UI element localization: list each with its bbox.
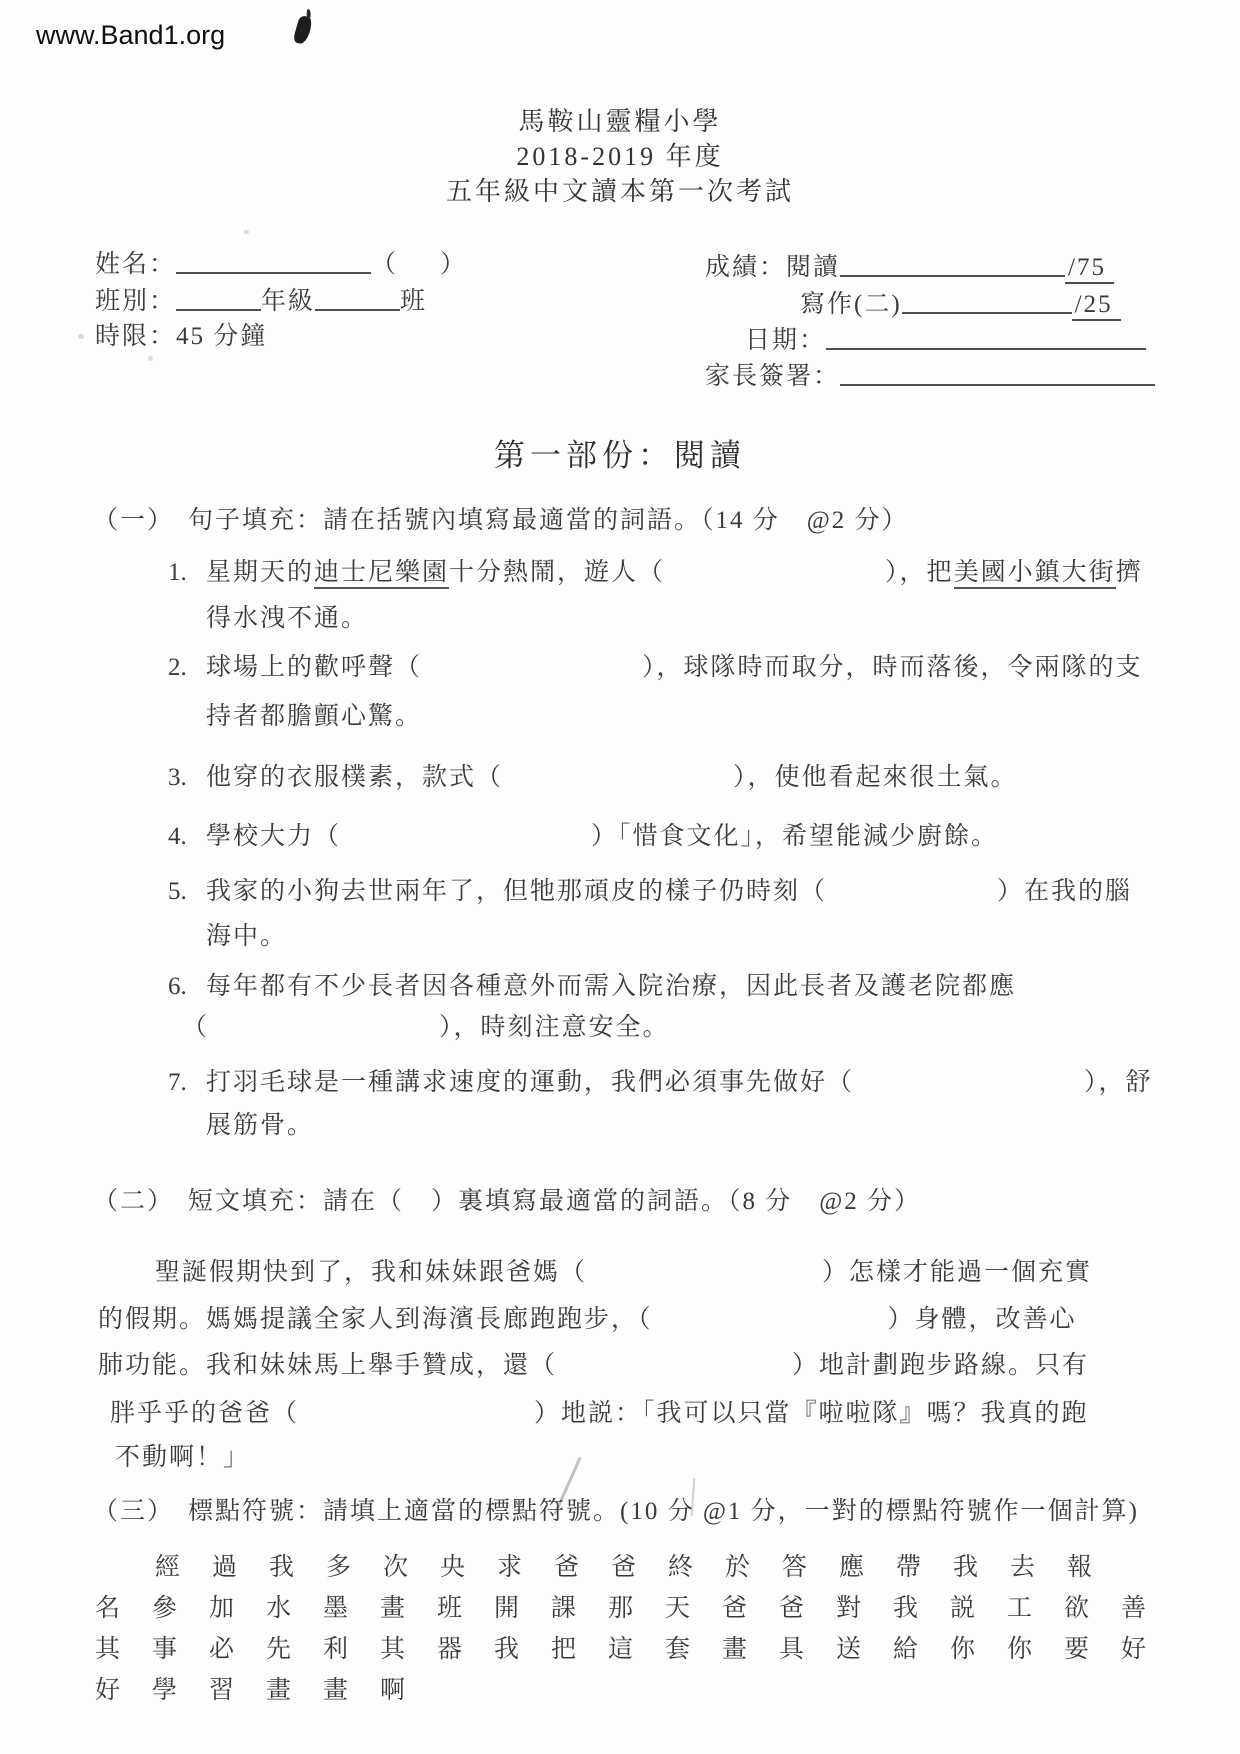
question-3-line-1: 3.他穿的衣服樸素，款式（），使他看起來很土氣。 [168,762,1018,793]
writing-total: /25 [1072,291,1121,321]
question-text: 他穿的衣服樸素，款式（ [206,764,503,791]
grade-label: 年級 [261,288,315,315]
question-text: 球場上的歡呼聲（ [206,654,422,681]
question-number: 7. [168,1067,206,1098]
question-2-line-2: 持者都膽顫心驚。 [206,701,422,732]
question-text: ），舒 [1084,1069,1153,1096]
part1-title: 第一部份：閱讀 [35,437,1205,476]
reading-score-blank [840,251,1065,277]
section2-instructions: 短文填充：請在（ ）裏填寫最適當的詞語。（8 分 @2 分） [188,1188,921,1215]
passage-text: 的假期。媽媽提議全家人到海濱長廊跑跑步，（ [98,1306,653,1333]
name-label: 姓名： [95,251,176,278]
punctuation-line-1: 經過我多次央求爸爸終於答應帶我去報 [155,1552,1124,1583]
proper-noun-underlined: 美國小鎮大街 [954,559,1116,589]
parent-sign-field: 家長簽署： [705,360,1155,392]
exam-title: 五年級中文讀本第一次考試 [35,176,1205,209]
scan-speck [148,356,153,361]
section3-label: （三） [93,1496,174,1527]
question-number: 1. [168,557,206,588]
question-2-line-1: 2.球場上的歡呼聲（），球隊時而取分，時而落後，令兩隊的支 [168,652,1143,683]
question-number: 5. [168,876,206,907]
time-limit: 時限：45 分鐘 [95,321,267,352]
question-7-line-1: 7.打羽毛球是一種講求速度的運動，我們必須事先做好（），舒 [168,1067,1153,1098]
question-1-line-2: 得水洩不通。 [206,603,368,634]
writing-score-blank [902,288,1072,314]
question-text: 打羽毛球是一種講求速度的運動，我們必須事先做好（ [206,1069,854,1096]
question-text: 我家的小狗去世兩年了，但牠那頑皮的樣子仍時刻（ [206,878,827,905]
exam-year: 2018-2019 年度 [35,141,1205,174]
section1-label: （一） [93,505,174,536]
question-7-line-2: 展筋骨。 [206,1110,314,1141]
section2-label: （二） [93,1186,174,1217]
section2-heading: （二）短文填充：請在（ ）裏填寫最適當的詞語。（8 分 @2 分） [93,1186,921,1217]
question-text: ），把 [885,559,954,586]
class-field: 班別：年級班 [95,285,427,317]
class-suffix: 班 [400,288,427,315]
date-blank [826,324,1146,350]
question-text: 星期天的 [206,559,314,586]
class-label: 班別： [95,288,176,315]
paren-close: ） [440,251,467,278]
section1-instructions: 句子填充：請在括號內填寫最適當的詞語。（14 分 @2 分） [188,507,909,534]
question-text: ），時刻注意安全。 [439,1014,670,1041]
question-6-line-2: （），時刻注意安全。 [182,1012,670,1043]
scan-speck [78,334,84,339]
punctuation-line-3: 其事必先利其器我把這套畫具送給你你要好 [95,1634,1178,1665]
question-text: 十分熱鬧，遊人（ [449,559,665,586]
date-field: 日期： [745,324,1146,356]
passage-line-2: 的假期。媽媽提議全家人到海濱長廊跑跑步，（）身體，改善心 [98,1304,1077,1335]
passage-line-5: 不動啊！」 [115,1442,250,1473]
score-reading-field: 成績：閱讀/75 [705,251,1114,283]
proper-noun-underlined: 迪士尼樂園 [314,559,449,589]
question-text: 擠 [1116,559,1143,586]
ink-blot [292,15,313,46]
question-text: ），使他看起來很土氣。 [733,764,1018,791]
question-number: 4. [168,821,206,852]
question-text: 學校大力（ [206,823,341,850]
question-5-line-1: 5.我家的小狗去世兩年了，但牠那頑皮的樣子仍時刻（）在我的腦 [168,876,1132,907]
passage-text: 胖乎乎的爸爸（ [110,1400,299,1427]
paren-open: （ [371,251,398,278]
question-5-line-2: 海中。 [206,921,287,952]
question-1-line-1: 1.星期天的迪士尼樂園十分熱鬧，遊人（），把美國小鎮大街擠 [168,557,1143,588]
section3-heading: （三）標點符號：請填上適當的標點符號。(10 分 @1 分，一對的標點符號作一個… [93,1496,1139,1527]
question-text: （ [182,1014,209,1041]
sign-blank [840,360,1155,386]
name-blank [176,248,371,274]
question-4-line-1: 4.學校大力（）「惜食文化」，希望能減少廚餘。 [168,821,998,852]
passage-line-4: 胖乎乎的爸爸（）地説：「我可以只當『啦啦隊』嗎？我真的跑 [110,1398,1089,1429]
passage-line-3: 肺功能。我和妹妹馬上舉手贊成，還（）地計劃跑步路線。只有 [98,1350,1089,1381]
writing-label: 寫作(二) [800,291,902,318]
passage-text: ）怎樣才能過一個充實 [822,1259,1092,1286]
school-name: 馬鞍山靈糧小學 [35,106,1205,139]
question-text: ）「惜食文化」，希望能減少廚餘。 [591,823,998,850]
score-writing-field: 寫作(二)/25 [800,288,1121,320]
score-label: 成績：閱讀 [705,254,840,281]
question-text: 每年都有不少長者因各種意外而需入院治療，因此長者及護老院都應 [206,973,1016,1000]
sign-label: 家長簽署： [705,363,840,390]
punctuation-line-2: 名參加水墨畫班開課那天爸爸對我説工欲善 [95,1593,1178,1624]
grade-blank [176,285,261,311]
question-text: ）在我的腦 [997,878,1132,905]
question-6-line-1: 6.每年都有不少長者因各種意外而需入院治療，因此長者及護老院都應 [168,971,1016,1002]
passage-text: ）地説：「我可以只當『啦啦隊』嗎？我真的跑 [534,1400,1089,1427]
exam-paper-page: www.Band1.org 馬鞍山靈糧小學 2018-2019 年度 五年級中文… [0,0,1240,1754]
passage-line-1: 聖誕假期快到了，我和妹妹跟爸媽（）怎樣才能過一個充實 [155,1257,1092,1288]
question-number: 3. [168,762,206,793]
question-number: 6. [168,971,206,1002]
passage-text: ）身體，改善心 [888,1306,1077,1333]
passage-text: 肺功能。我和妹妹馬上舉手贊成，還（ [98,1352,557,1379]
question-text: ），球隊時而取分，時而落後，令兩隊的支 [642,654,1143,681]
passage-text: 聖誕假期快到了，我和妹妹跟爸媽（ [155,1259,587,1286]
name-field: 姓名：（） [95,248,467,280]
watermark-text: www.Band1.org [36,20,225,51]
section1-heading: （一）句子填充：請在括號內填寫最適當的詞語。（14 分 @2 分） [93,505,909,536]
section3-instructions: 標點符號：請填上適當的標點符號。(10 分 @1 分，一對的標點符號作一個計算) [188,1498,1139,1525]
passage-text: ）地計劃跑步路線。只有 [792,1352,1089,1379]
class-blank [315,285,400,311]
reading-total: /75 [1065,254,1114,284]
question-number: 2. [168,652,206,683]
punctuation-line-4: 好學習畫畫啊 [95,1675,437,1706]
scan-speck [244,230,249,234]
date-label: 日期： [745,327,826,354]
